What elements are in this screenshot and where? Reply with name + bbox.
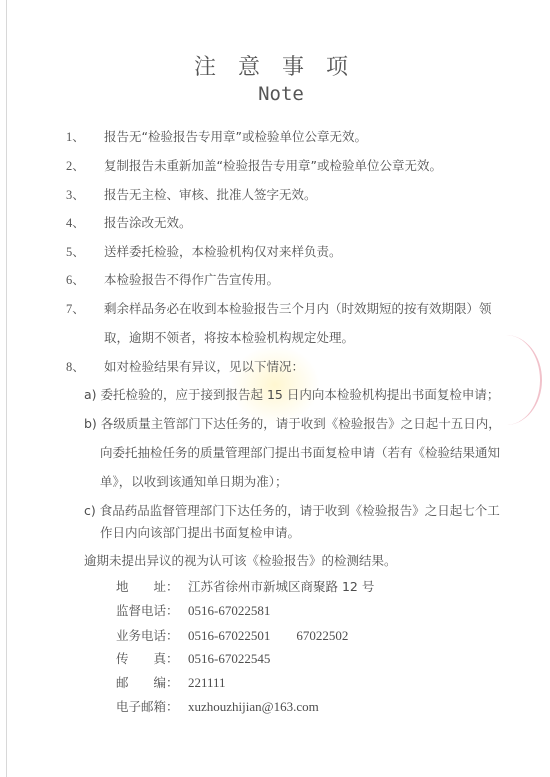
sub-item-text: c) 食品药品监督管理部门下达任务的，请于收到《检验报告》之日起七个工 (84, 501, 500, 519)
contact-value: 221111 (188, 675, 226, 690)
contact-label: 邮 编： (116, 673, 188, 691)
contact-fax: 传 真：0516-67022545 (116, 649, 270, 667)
contact-value: 江苏省徐州市新城区商聚路 12 号 (188, 579, 374, 594)
item-text: 送样委托检验，本检验机构仅对来样负责。 (104, 242, 342, 260)
item-number: 7、 (66, 299, 85, 317)
page-edge (6, 0, 7, 777)
item-number: 3、 (66, 185, 85, 203)
contact-postcode: 邮 编：221111 (116, 673, 226, 691)
item-text: 如对检验结果有异议，见以下情况： (104, 357, 304, 375)
contact-business-phone: 业务电话：0516-67022501 67022502 (116, 625, 348, 644)
item-number: 1、 (66, 127, 85, 145)
contact-email: 电子邮箱：xuzhouzhijian@163.com (116, 697, 319, 715)
item-text: 复制报告未重新加盖“检验报告专用章”或检验单位公章无效。 (104, 156, 442, 174)
page-subtitle: Note (0, 83, 550, 105)
sub-item-text: b) 各级质量主管部门下达任务的，请于收到《检验报告》之日起十五日内， (84, 414, 501, 432)
sub-item-text-cont: 单》，以收到该通知单日期为准）； (100, 472, 288, 490)
red-seal-stamp (470, 335, 542, 425)
contact-label: 地 址： (116, 577, 188, 595)
contact-supervision-phone: 监督电话：0516-67022581 (116, 601, 270, 619)
contact-label: 业务电话： (116, 626, 188, 644)
contact-label: 监督电话： (116, 601, 188, 619)
item-text: 报告无主检、审核、批准人签字无效。 (104, 185, 317, 203)
item-text: 本检验报告不得作广告宣传用。 (104, 270, 279, 288)
sub-item-text-cont: 向委托抽检任务的质量管理部门提出书面复检申请（若有《检验结果通知 (100, 443, 500, 461)
contact-value: 0516-67022581 (188, 603, 270, 618)
item-number: 5、 (66, 242, 85, 260)
item-text: 剩余样品务必在收到本检验报告三个月内（时效期短的按有效期限）领 (104, 299, 492, 317)
sub-item-text: a) 委托检验的，应于接到报告起 15 日内向本检验机构提出书面复检申请； (84, 385, 499, 403)
closing-statement: 逾期未提出异议的视为认可该《检验报告》的检测结果。 (84, 551, 397, 569)
contact-value: 0516-67022501 67022502 (188, 628, 348, 643)
contact-label: 电子邮箱： (116, 697, 188, 715)
item-text: 报告涂改无效。 (104, 213, 192, 231)
contact-value: 0516-67022545 (188, 651, 270, 666)
contact-value: xuzhouzhijian@163.com (188, 699, 319, 714)
item-number: 4、 (66, 213, 85, 231)
sub-item-text-cont: 作日内向该部门提出书面复检申请。 (100, 523, 300, 541)
contact-address: 地 址：江苏省徐州市新城区商聚路 12 号 (116, 577, 374, 595)
page-title: 注意事项 (0, 50, 550, 81)
item-number: 6、 (66, 270, 85, 288)
item-text: 报告无“检验报告专用章”或检验单位公章无效。 (104, 127, 367, 145)
item-text-cont: 取，逾期不领者，将按本检验机构规定处理。 (104, 328, 354, 346)
contact-label: 传 真： (116, 649, 188, 667)
item-number: 2、 (66, 156, 85, 174)
item-number: 8、 (66, 357, 85, 375)
